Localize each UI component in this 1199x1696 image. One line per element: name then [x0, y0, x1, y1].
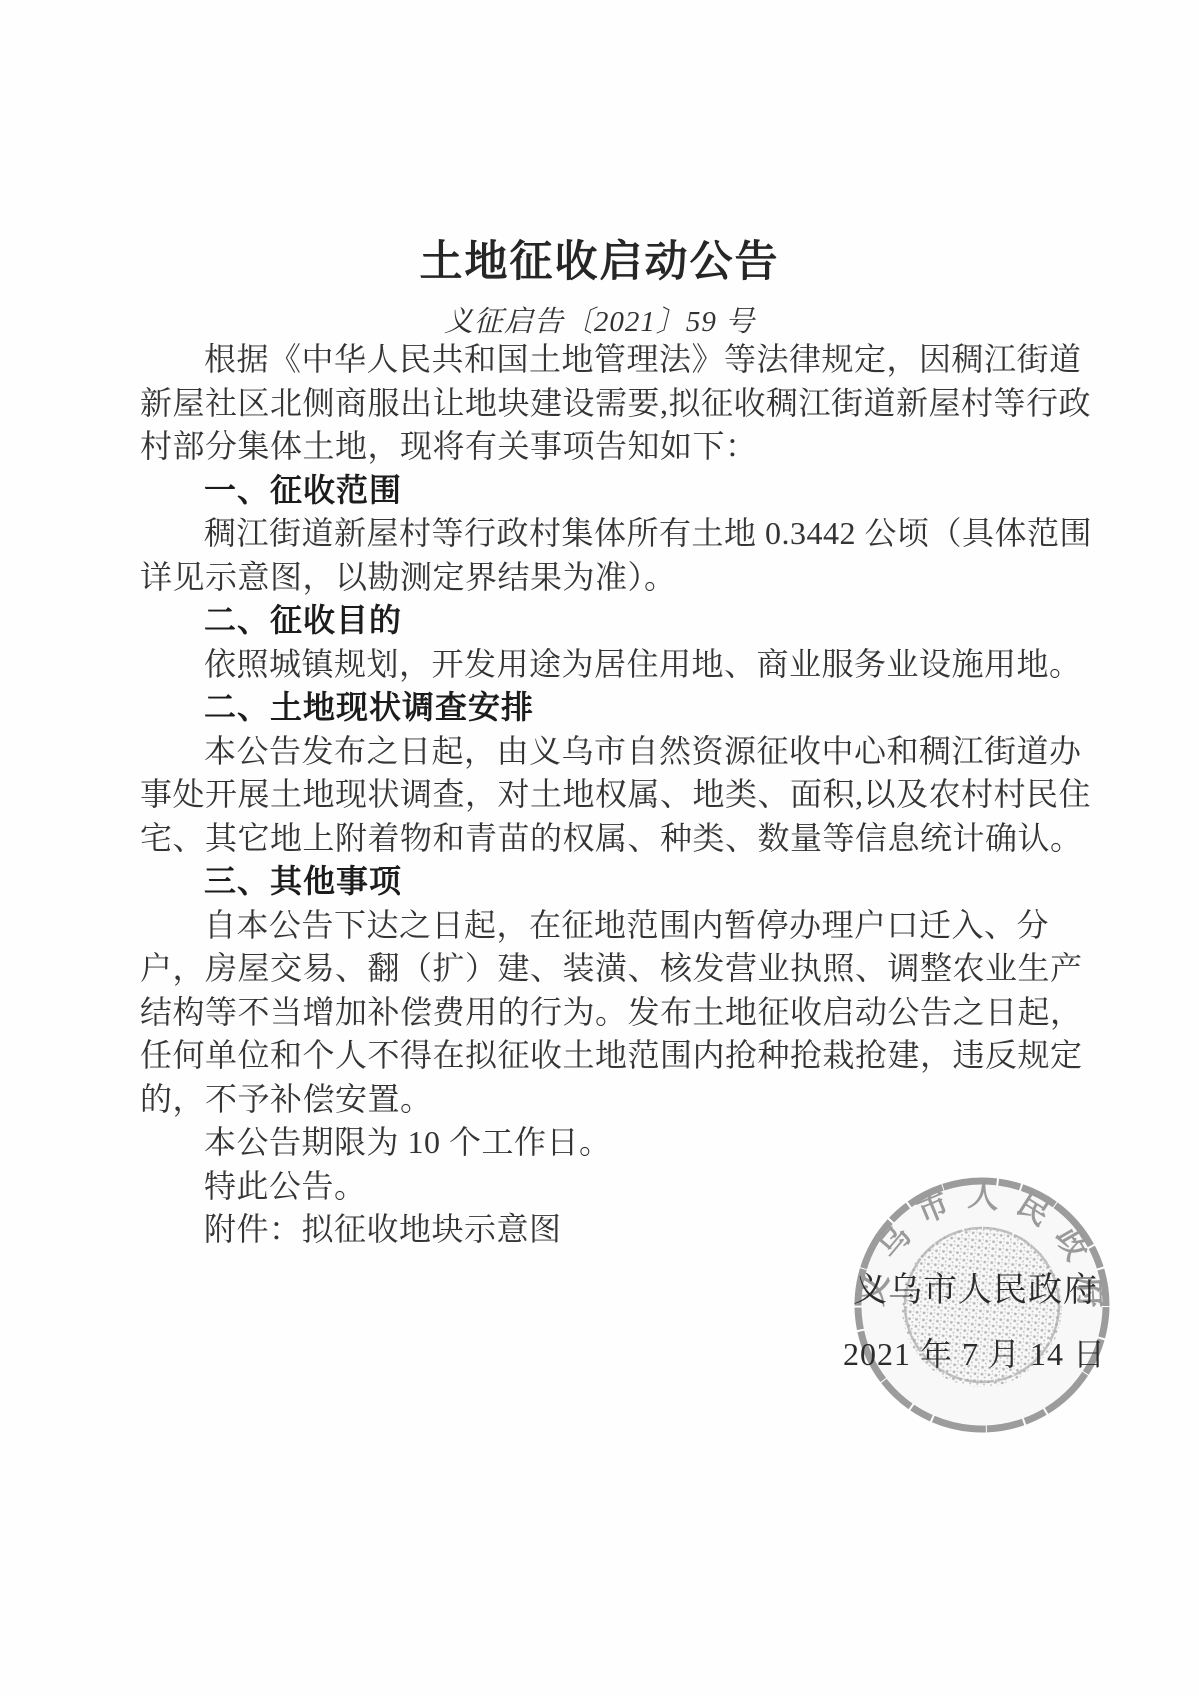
body-line: 根据《中华人民共和国土地管理法》等法律规定，因稠江街道 — [140, 338, 1080, 382]
section-heading: 一、征收范围 — [140, 469, 1080, 513]
body-line: 任何单位和个人不得在拟征收土地范围内抢种抢栽抢建，违反规定 — [140, 1034, 1080, 1078]
issuer-signature: 义乌市人民政府 — [853, 1262, 1098, 1311]
body-line: 事处开展土地现状调查，对土地权属、地类、面积,以及农村村民住 — [140, 773, 1080, 817]
body-line: 详见示意图，以勘测定界结果为准）。 — [140, 556, 1080, 600]
document-page: 土地征收启动公告 义征启告〔2021〕59 号 根据《中华人民共和国土地管理法》… — [0, 0, 1199, 1696]
document-body: 根据《中华人民共和国土地管理法》等法律规定，因稠江街道新屋社区北侧商服出让地块建… — [140, 338, 1080, 1252]
body-line: 依照城镇规划，开发用途为居住用地、商业服务业设施用地。 — [140, 643, 1080, 687]
section-heading: 三、其他事项 — [140, 860, 1080, 904]
body-line: 结构等不当增加补偿费用的行为。发布土地征收启动公告之日起， — [140, 991, 1080, 1035]
body-line: 户，房屋交易、翻（扩）建、装潢、核发营业执照、调整农业生产 — [140, 947, 1080, 991]
body-line: 宅、其它地上附着物和青苗的权属、种类、数量等信息统计确认。 — [140, 817, 1080, 861]
body-line: 的，不予补偿安置。 — [140, 1078, 1080, 1122]
section-heading: 二、征收目的 — [140, 599, 1080, 643]
document-title: 土地征收启动公告 — [0, 228, 1199, 289]
document-number: 义征启告〔2021〕59 号 — [0, 299, 1199, 340]
body-line: 村部分集体土地，现将有关事项告知如下： — [140, 425, 1080, 469]
issue-date: 2021 年 7 月 14 日 — [843, 1329, 1106, 1375]
section-heading: 二、土地现状调查安排 — [140, 686, 1080, 730]
body-line: 本公告发布之日起，由义乌市自然资源征收中心和稠江街道办 — [140, 730, 1080, 774]
body-line: 自本公告下达之日起，在征地范围内暂停办理户口迁入、分 — [140, 904, 1080, 948]
body-line: 新屋社区北侧商服出让地块建设需要,拟征收稠江街道新屋村等行政 — [140, 382, 1080, 426]
body-line: 稠江街道新屋村等行政村集体所有土地 0.3442 公顷（具体范围 — [140, 512, 1080, 556]
